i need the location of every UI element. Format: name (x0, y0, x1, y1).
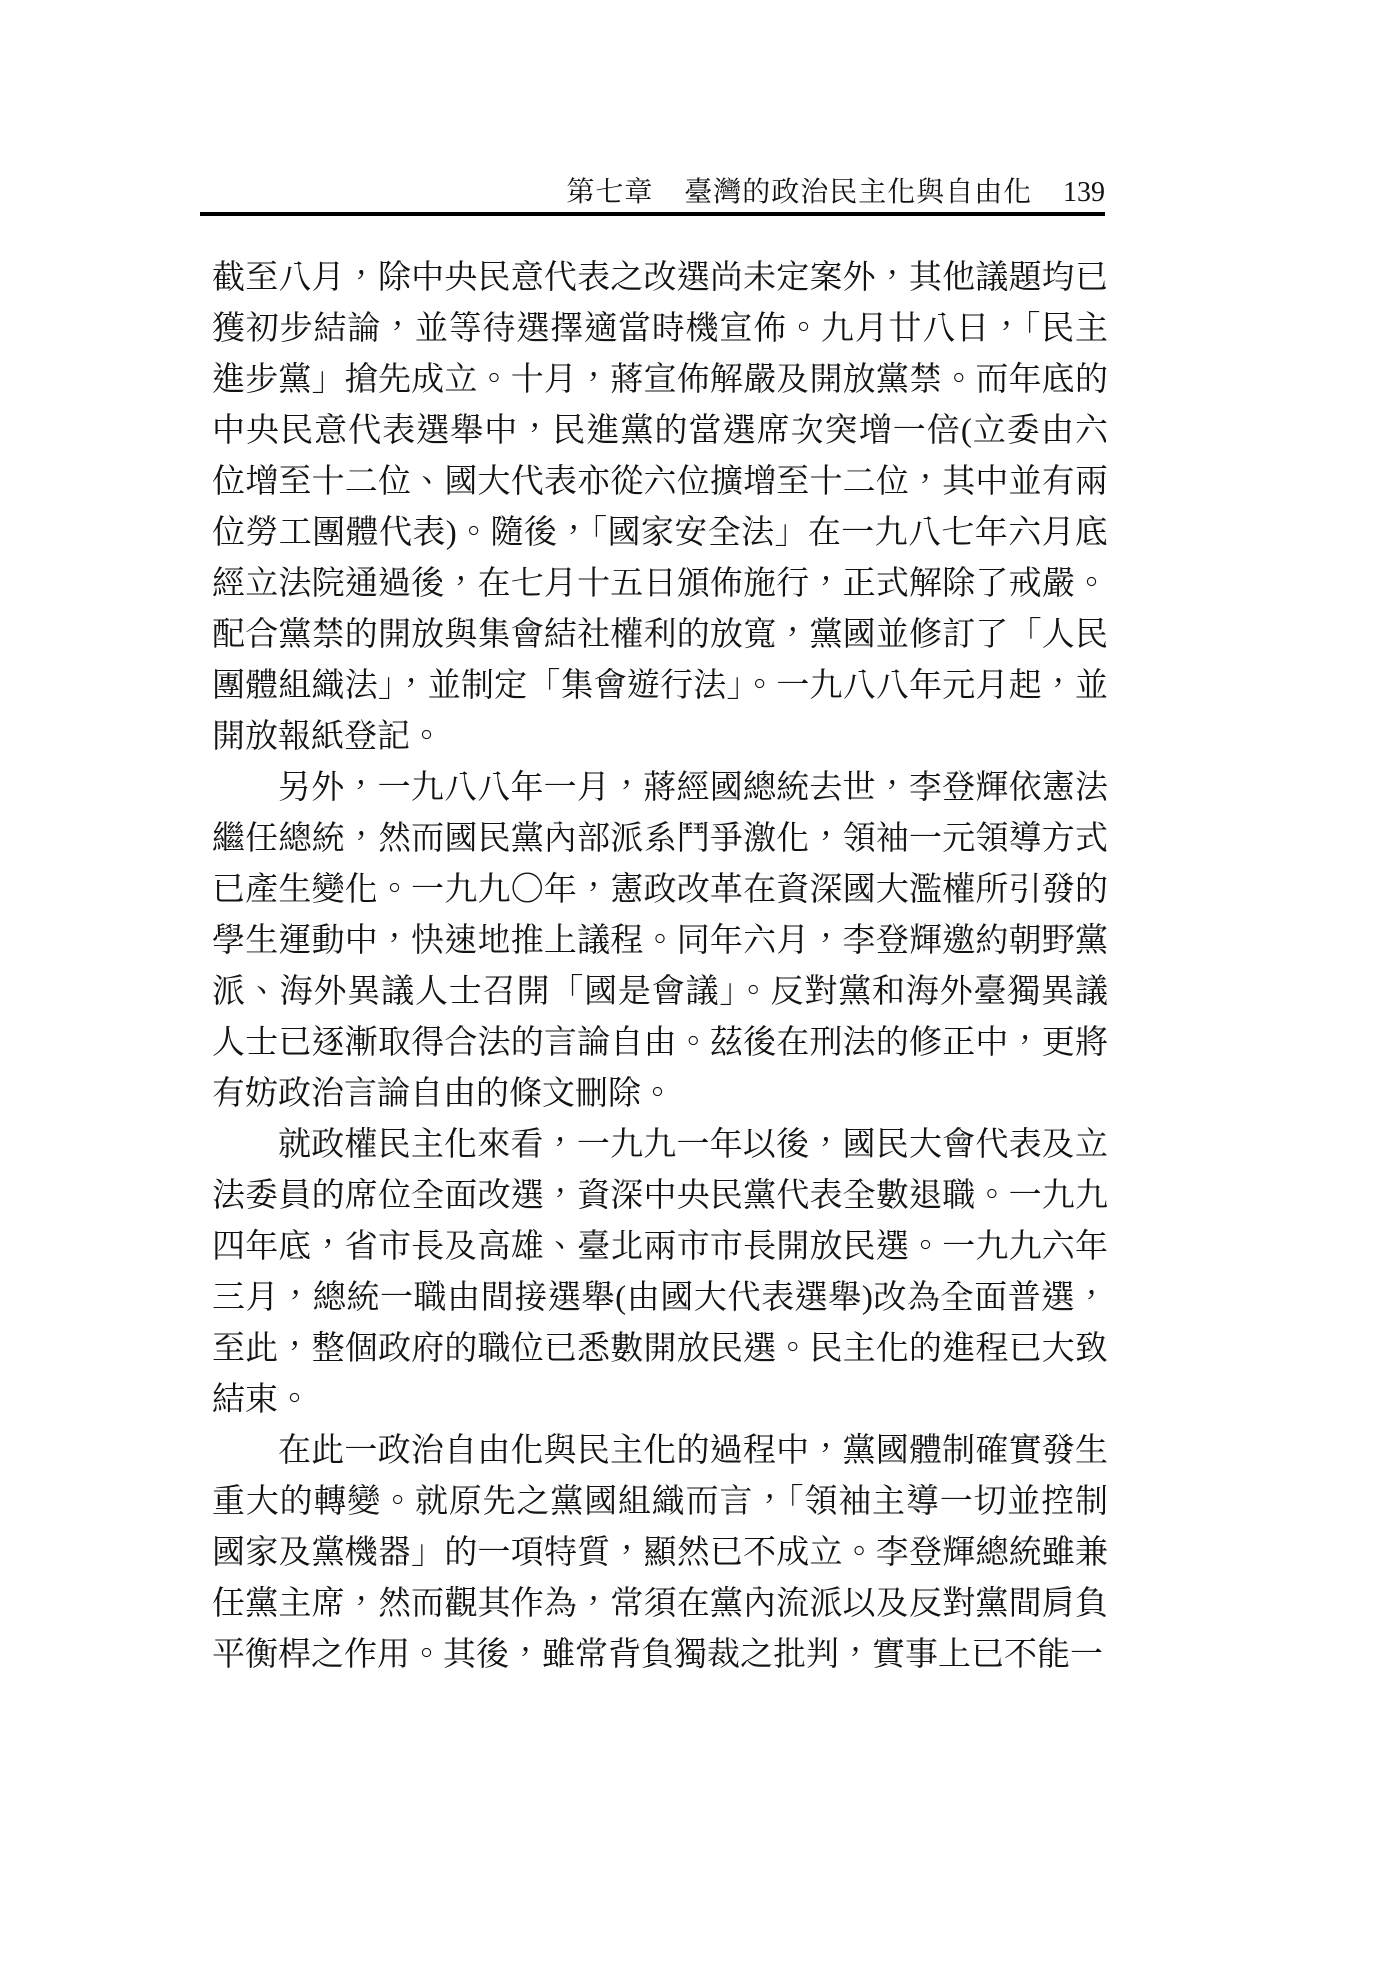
paragraph-3: 就政權民主化來看，一九九一年以後，國民大會代表及立法委員的席位全面改選，資深中央… (212, 1120, 1108, 1426)
chapter-title: 臺灣的政治民主化與自由化 (684, 177, 1032, 208)
book-page: 第七章臺灣的政治民主化與自由化139 截至八月，除中央民意代表之改選尚未定案外，… (0, 0, 1386, 1969)
header-rule-divider (200, 212, 1105, 216)
page-content: 截至八月，除中央民意代表之改選尚未定案外，其他議題均已獲初步結論，並等待選擇適當… (212, 253, 1108, 1681)
running-header: 第七章臺灣的政治民主化與自由化139 (200, 176, 1105, 210)
paragraph-2: 另外，一九八八年一月，蔣經國總統去世，李登輝依憲法繼任總統，然而國民黨內部派系鬥… (212, 763, 1108, 1120)
chapter-label: 第七章 (566, 177, 653, 208)
page-number: 139 (1063, 177, 1105, 208)
paragraph-1: 截至八月，除中央民意代表之改選尚未定案外，其他議題均已獲初步結論，並等待選擇適當… (212, 253, 1108, 763)
paragraph-4: 在此一政治自由化與民主化的過程中，黨國體制確實發生重大的轉變。就原先之黨國組織而… (212, 1426, 1108, 1681)
